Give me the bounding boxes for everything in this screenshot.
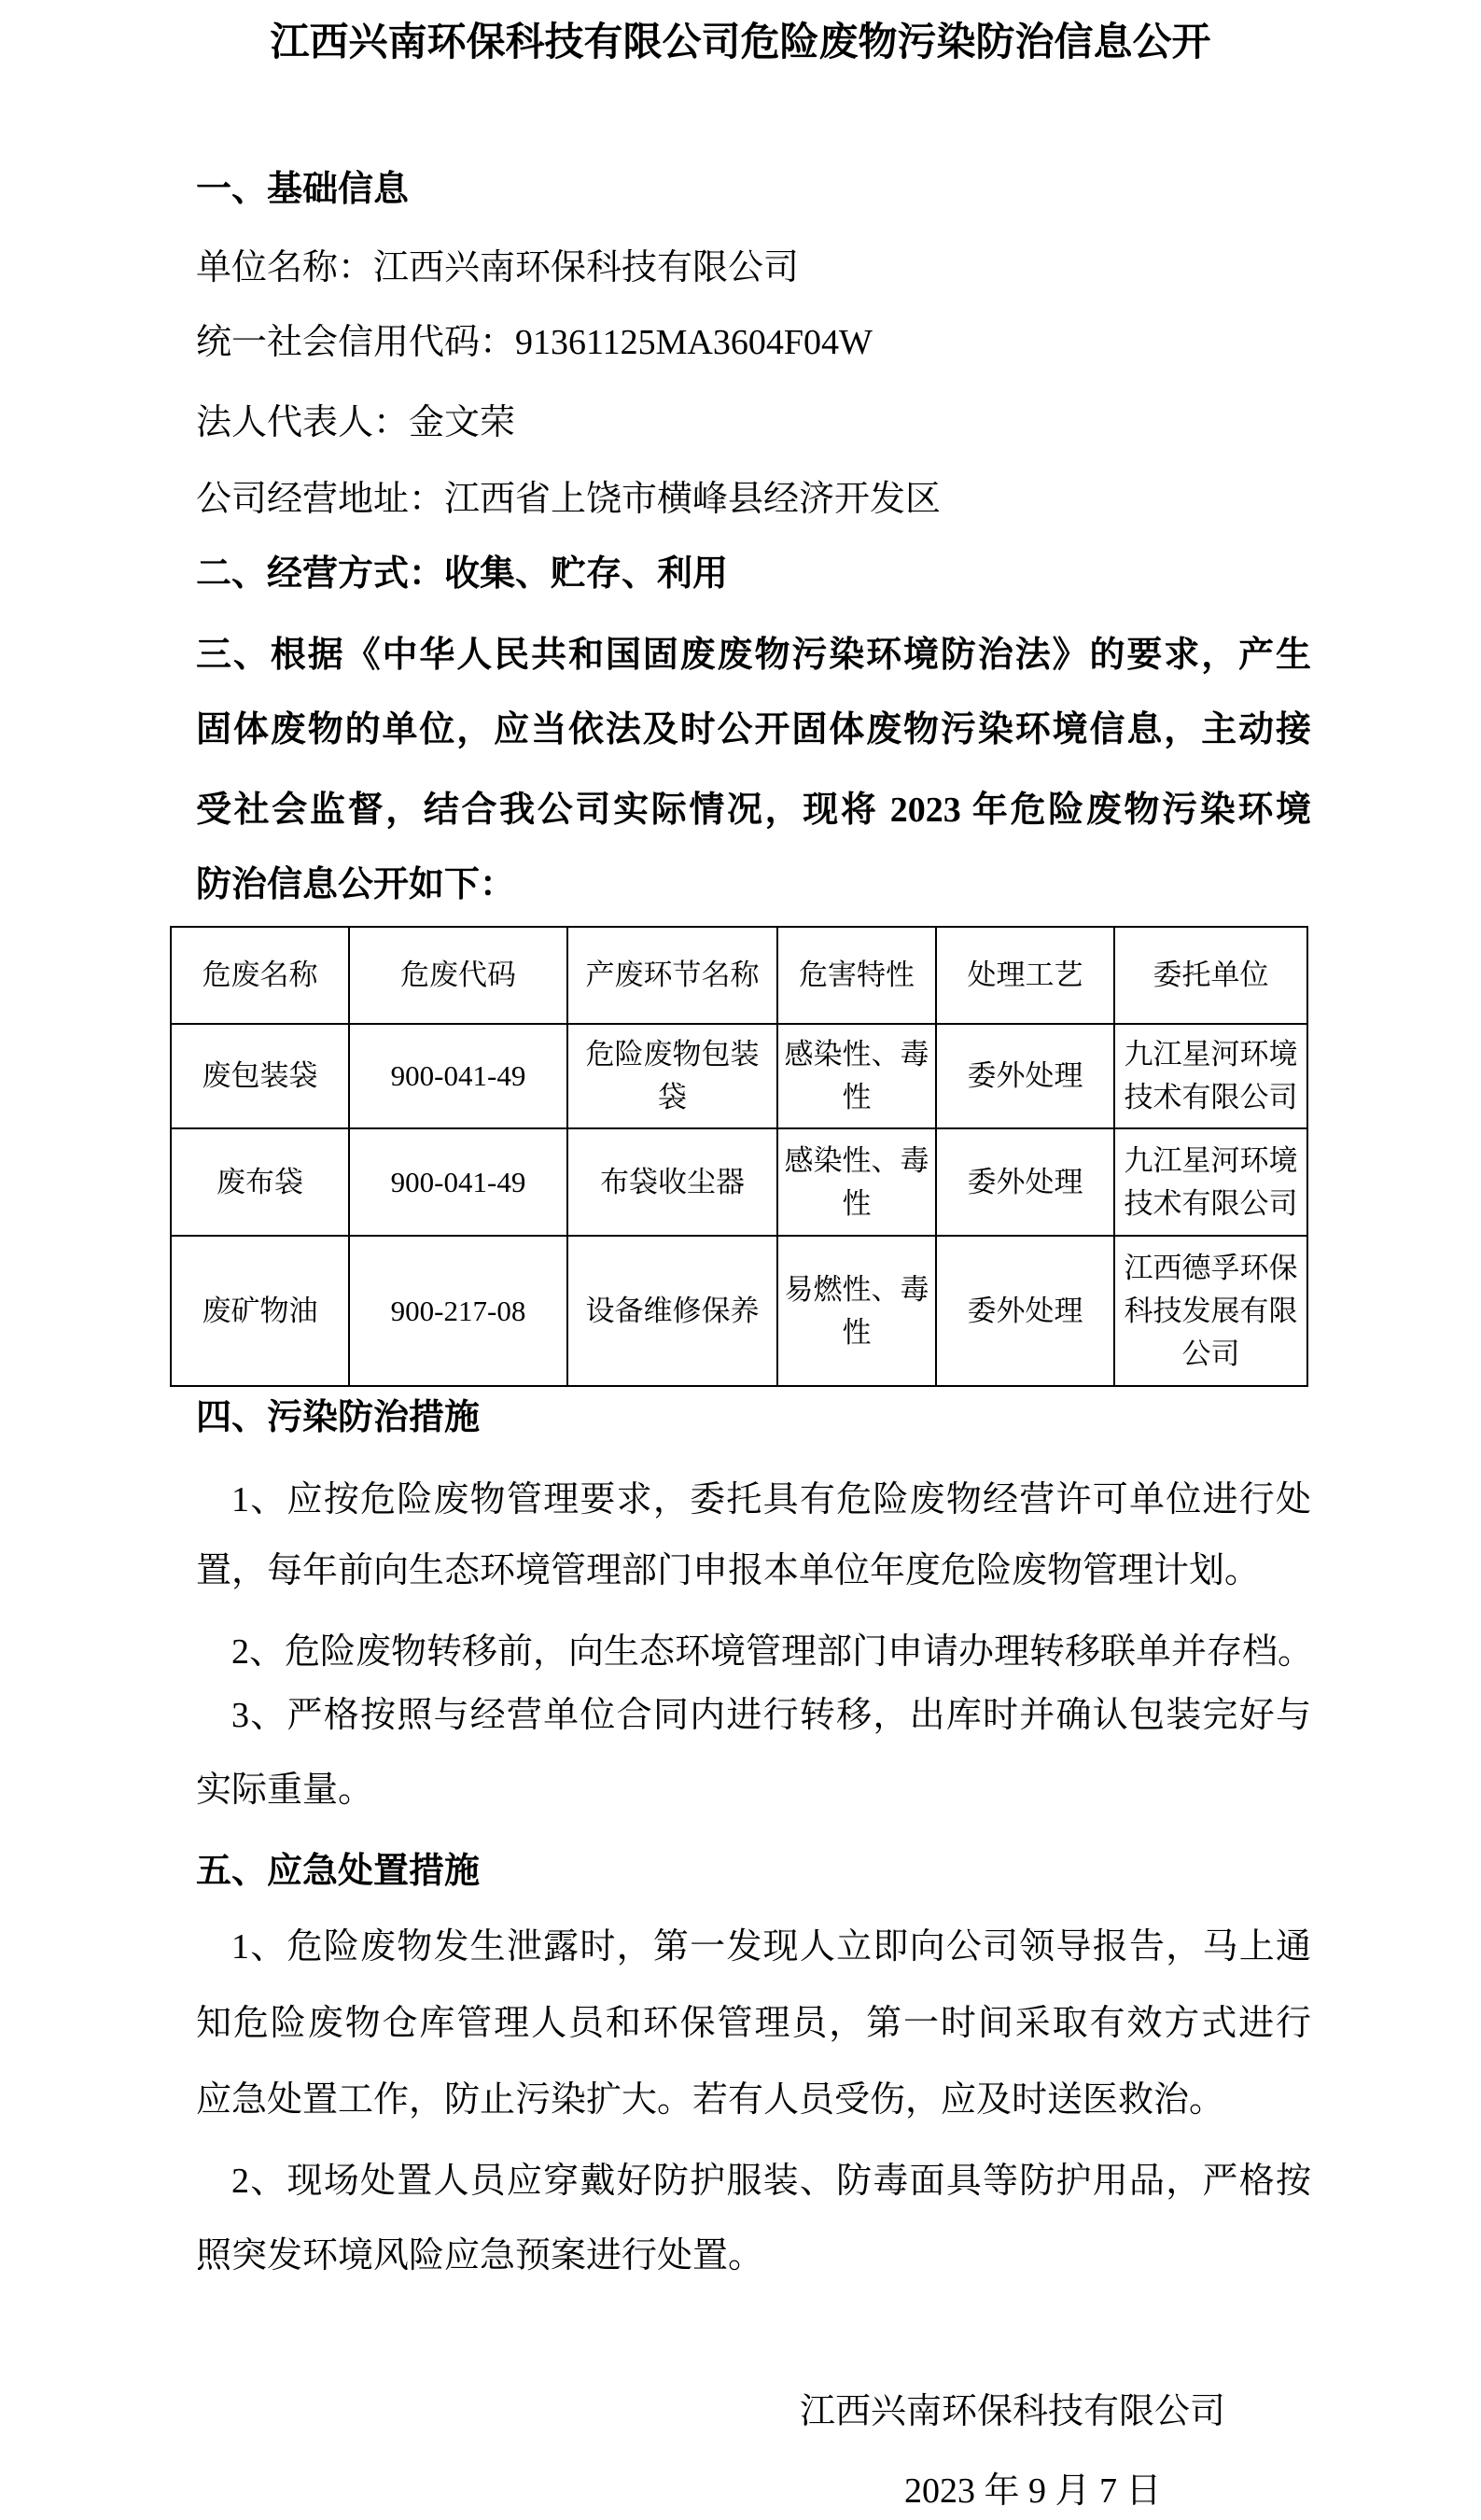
section3-line: 三、根据《中华人民共和国固废废物污染环境防治法》的要求，产生 (196, 631, 1311, 679)
table-cell: 九江星河环境技术有限公司 (1114, 1024, 1307, 1128)
section5-line: 2、现场处置人员应穿戴好防护服装、防毒面具等防护用品，严格按 (196, 2157, 1311, 2205)
document-title: 江西兴南环保科技有限公司危险废物污染防治信息公开 (0, 17, 1481, 69)
section3-line: 防治信息公开如下： (196, 861, 1311, 909)
section4-line: 实际重量。 (196, 1766, 1311, 1814)
section5-line: 知危险废物仓库管理人员和环保管理员，第一时间采取有效方式进行 (196, 1999, 1311, 2048)
table-cell: 易燃性、毒性 (777, 1236, 936, 1386)
credit-code-line: 统一社会信用代码：91361125MA3604F04W (196, 318, 1311, 367)
table-cell: 废包装袋 (171, 1024, 349, 1128)
section3-line: 受社会监督，结合我公司实际情况，现将 2023 年危险废物污染环境 (196, 786, 1311, 834)
section5-line: 1、危险废物发生泄露时，第一发现人立即向公司领导报告，马上通 (196, 1923, 1311, 1971)
table-row: 废包装袋 900-041-49 危险废物包装袋 感染性、毒性 委外处理 九江星河… (171, 1024, 1307, 1128)
section5-line: 应急处置工作，防止污染扩大。若有人员受伤，应及时送医救治。 (196, 2076, 1311, 2124)
section2-heading: 二、经营方式：收集、贮存、利用 (196, 550, 1311, 598)
table-cell: 委外处理 (936, 1128, 1114, 1236)
table-cell: 九江星河环境技术有限公司 (1114, 1128, 1307, 1236)
table-cell: 委外处理 (936, 1024, 1114, 1128)
section4-line: 1、应按危险废物管理要求，委托具有危险废物经营许可单位进行处 (196, 1476, 1311, 1524)
table-cell: 布袋收尘器 (567, 1128, 777, 1236)
unit-name-line: 单位名称：江西兴南环保科技有限公司 (196, 244, 1311, 292)
waste-table: 危废名称 危废代码 产废环节名称 危害特性 处理工艺 委托单位 废包装袋 900… (170, 926, 1308, 1387)
section5-heading: 五、应急处置措施 (196, 1847, 1311, 1896)
table-cell: 900-041-49 (349, 1024, 567, 1128)
table-cell: 危险废物包装袋 (567, 1024, 777, 1128)
legal-rep-line: 法人代表人：金文荣 (196, 399, 1311, 447)
section4-heading: 四、污染防治措施 (196, 1393, 1311, 1442)
section1-heading: 一、基础信息 (196, 165, 1311, 214)
table-header-cell: 产废环节名称 (567, 927, 777, 1024)
table-header-cell: 委托单位 (1114, 927, 1307, 1024)
section4-line: 2、危险废物转移前，向生态环境管理部门申请办理转移联单并存档。 (196, 1628, 1311, 1676)
table-cell: 江西德孚环保科技发展有限公司 (1114, 1236, 1307, 1386)
table-row: 废布袋 900-041-49 布袋收尘器 感染性、毒性 委外处理 九江星河环境技… (171, 1128, 1307, 1236)
table-cell: 设备维修保养 (567, 1236, 777, 1386)
table-header-cell: 危废名称 (171, 927, 349, 1024)
table-cell: 废矿物油 (171, 1236, 349, 1386)
table-cell: 900-041-49 (349, 1128, 567, 1236)
table-cell: 感染性、毒性 (777, 1128, 936, 1236)
footer-date: 2023 年 9 月 7 日 (904, 2467, 1162, 2515)
table-cell: 委外处理 (936, 1236, 1114, 1386)
footer-company: 江西兴南环保科技有限公司 (800, 2387, 1225, 2436)
table-header-row: 危废名称 危废代码 产废环节名称 危害特性 处理工艺 委托单位 (171, 927, 1307, 1024)
table-cell: 900-217-08 (349, 1236, 567, 1386)
address-line: 公司经营地址：江西省上饶市横峰县经济开发区 (196, 475, 1311, 524)
table-row: 废矿物油 900-217-08 设备维修保养 易燃性、毒性 委外处理 江西德孚环… (171, 1236, 1307, 1386)
table-header-cell: 危废代码 (349, 927, 567, 1024)
section4-line: 置，每年前向生态环境管理部门申报本单位年度危险废物管理计划。 (196, 1547, 1311, 1595)
section4-line: 3、严格按照与经营单位合同内进行转移，出库时并确认包装完好与 (196, 1691, 1311, 1740)
section3-line: 固体废物的单位，应当依法及时公开固体废物污染环境信息，主动接 (196, 706, 1311, 754)
table-header-cell: 处理工艺 (936, 927, 1114, 1024)
table-cell: 感染性、毒性 (777, 1024, 936, 1128)
table-header-cell: 危害特性 (777, 927, 936, 1024)
document-page: 江西兴南环保科技有限公司危险废物污染防治信息公开 一、基础信息 单位名称：江西兴… (0, 0, 1481, 2520)
section5-line: 照突发环境风险应急预案进行处置。 (196, 2232, 1311, 2280)
table-cell: 废布袋 (171, 1128, 349, 1236)
